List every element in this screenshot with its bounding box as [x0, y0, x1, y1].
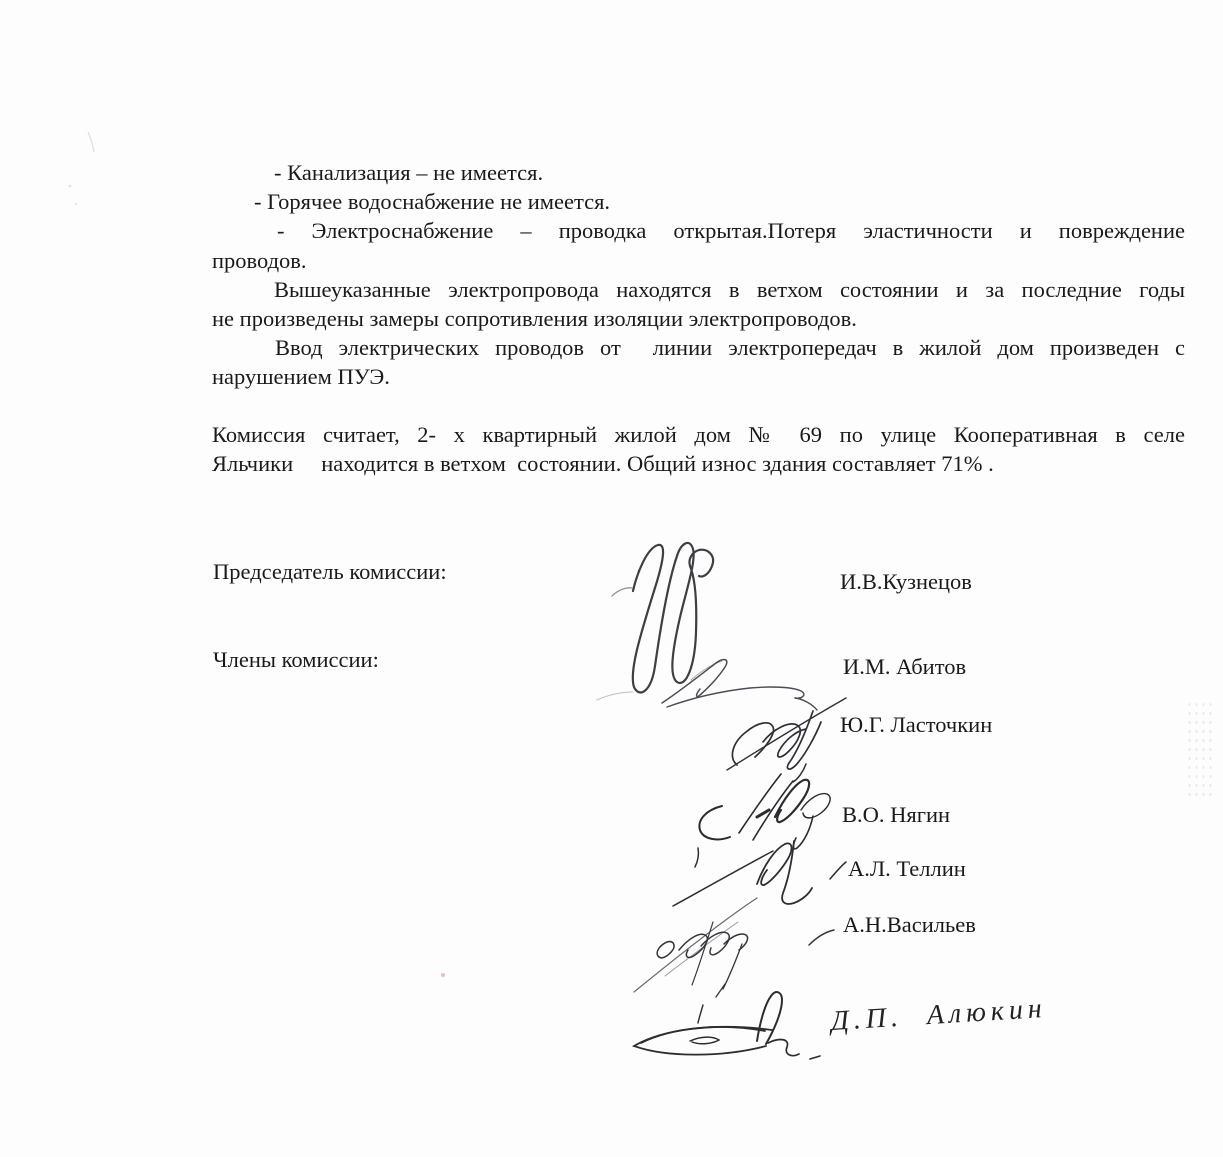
signature-lastochkin [727, 698, 846, 782]
body-line-wiring-1: Вышеуказанные электропровода находятся в… [212, 275, 1185, 304]
member-name-tellin: А.Л. Теллин [848, 854, 966, 883]
report-body: - Канализация – не имеется. - Горячее во… [212, 158, 1185, 478]
chairman-name: И.В.Кузнецов [840, 567, 972, 596]
member-name-nyagin: В.О. Нягин [842, 800, 950, 829]
member-name-abitov: И.М. Абитов [843, 652, 966, 681]
conclusion-line-2: Яльчики находится в ветхом состоянии. Об… [212, 449, 1185, 478]
body-line-input-2: нарушением ПУЭ. [212, 362, 1185, 391]
signature-kuznetsov [612, 543, 713, 692]
signature-tellin [673, 841, 846, 906]
body-line-hot-water: - Горячее водоснабжение не имеется. [212, 187, 1185, 216]
conclusion-line-1: Комиссия считает, 2- х квартирный жилой … [212, 420, 1185, 449]
signature-nyagin [699, 774, 830, 849]
body-line-sewerage: - Канализация – не имеется. [212, 158, 1185, 187]
signature-abitov [597, 660, 817, 710]
body-line-input-1: Ввод электрических проводов от линии эле… [212, 333, 1185, 362]
signature-alyukin [634, 992, 820, 1059]
member-name-vasilyev: А.Н.Васильев [843, 910, 976, 939]
handwritten-member-name-alyukin: Д.П. Алюкин [830, 993, 1048, 1038]
scanned-document-page: - Канализация – не имеется. - Горячее во… [0, 0, 1223, 1157]
signature-vasilyev [634, 898, 834, 997]
body-line-wiring-2: не произведены замеры сопротивления изол… [212, 304, 1185, 333]
chairman-label: Председатель комиссии: [213, 557, 447, 586]
members-label: Члены комиссии: [213, 645, 379, 674]
body-line-electricity-2: проводов. [212, 246, 1185, 275]
scan-noise-band [1186, 700, 1212, 798]
body-line-electricity-1: - Электроснабжение – проводка открытая.П… [212, 216, 1185, 245]
member-name-lastochkin: Ю.Г. Ласточкин [840, 710, 992, 739]
